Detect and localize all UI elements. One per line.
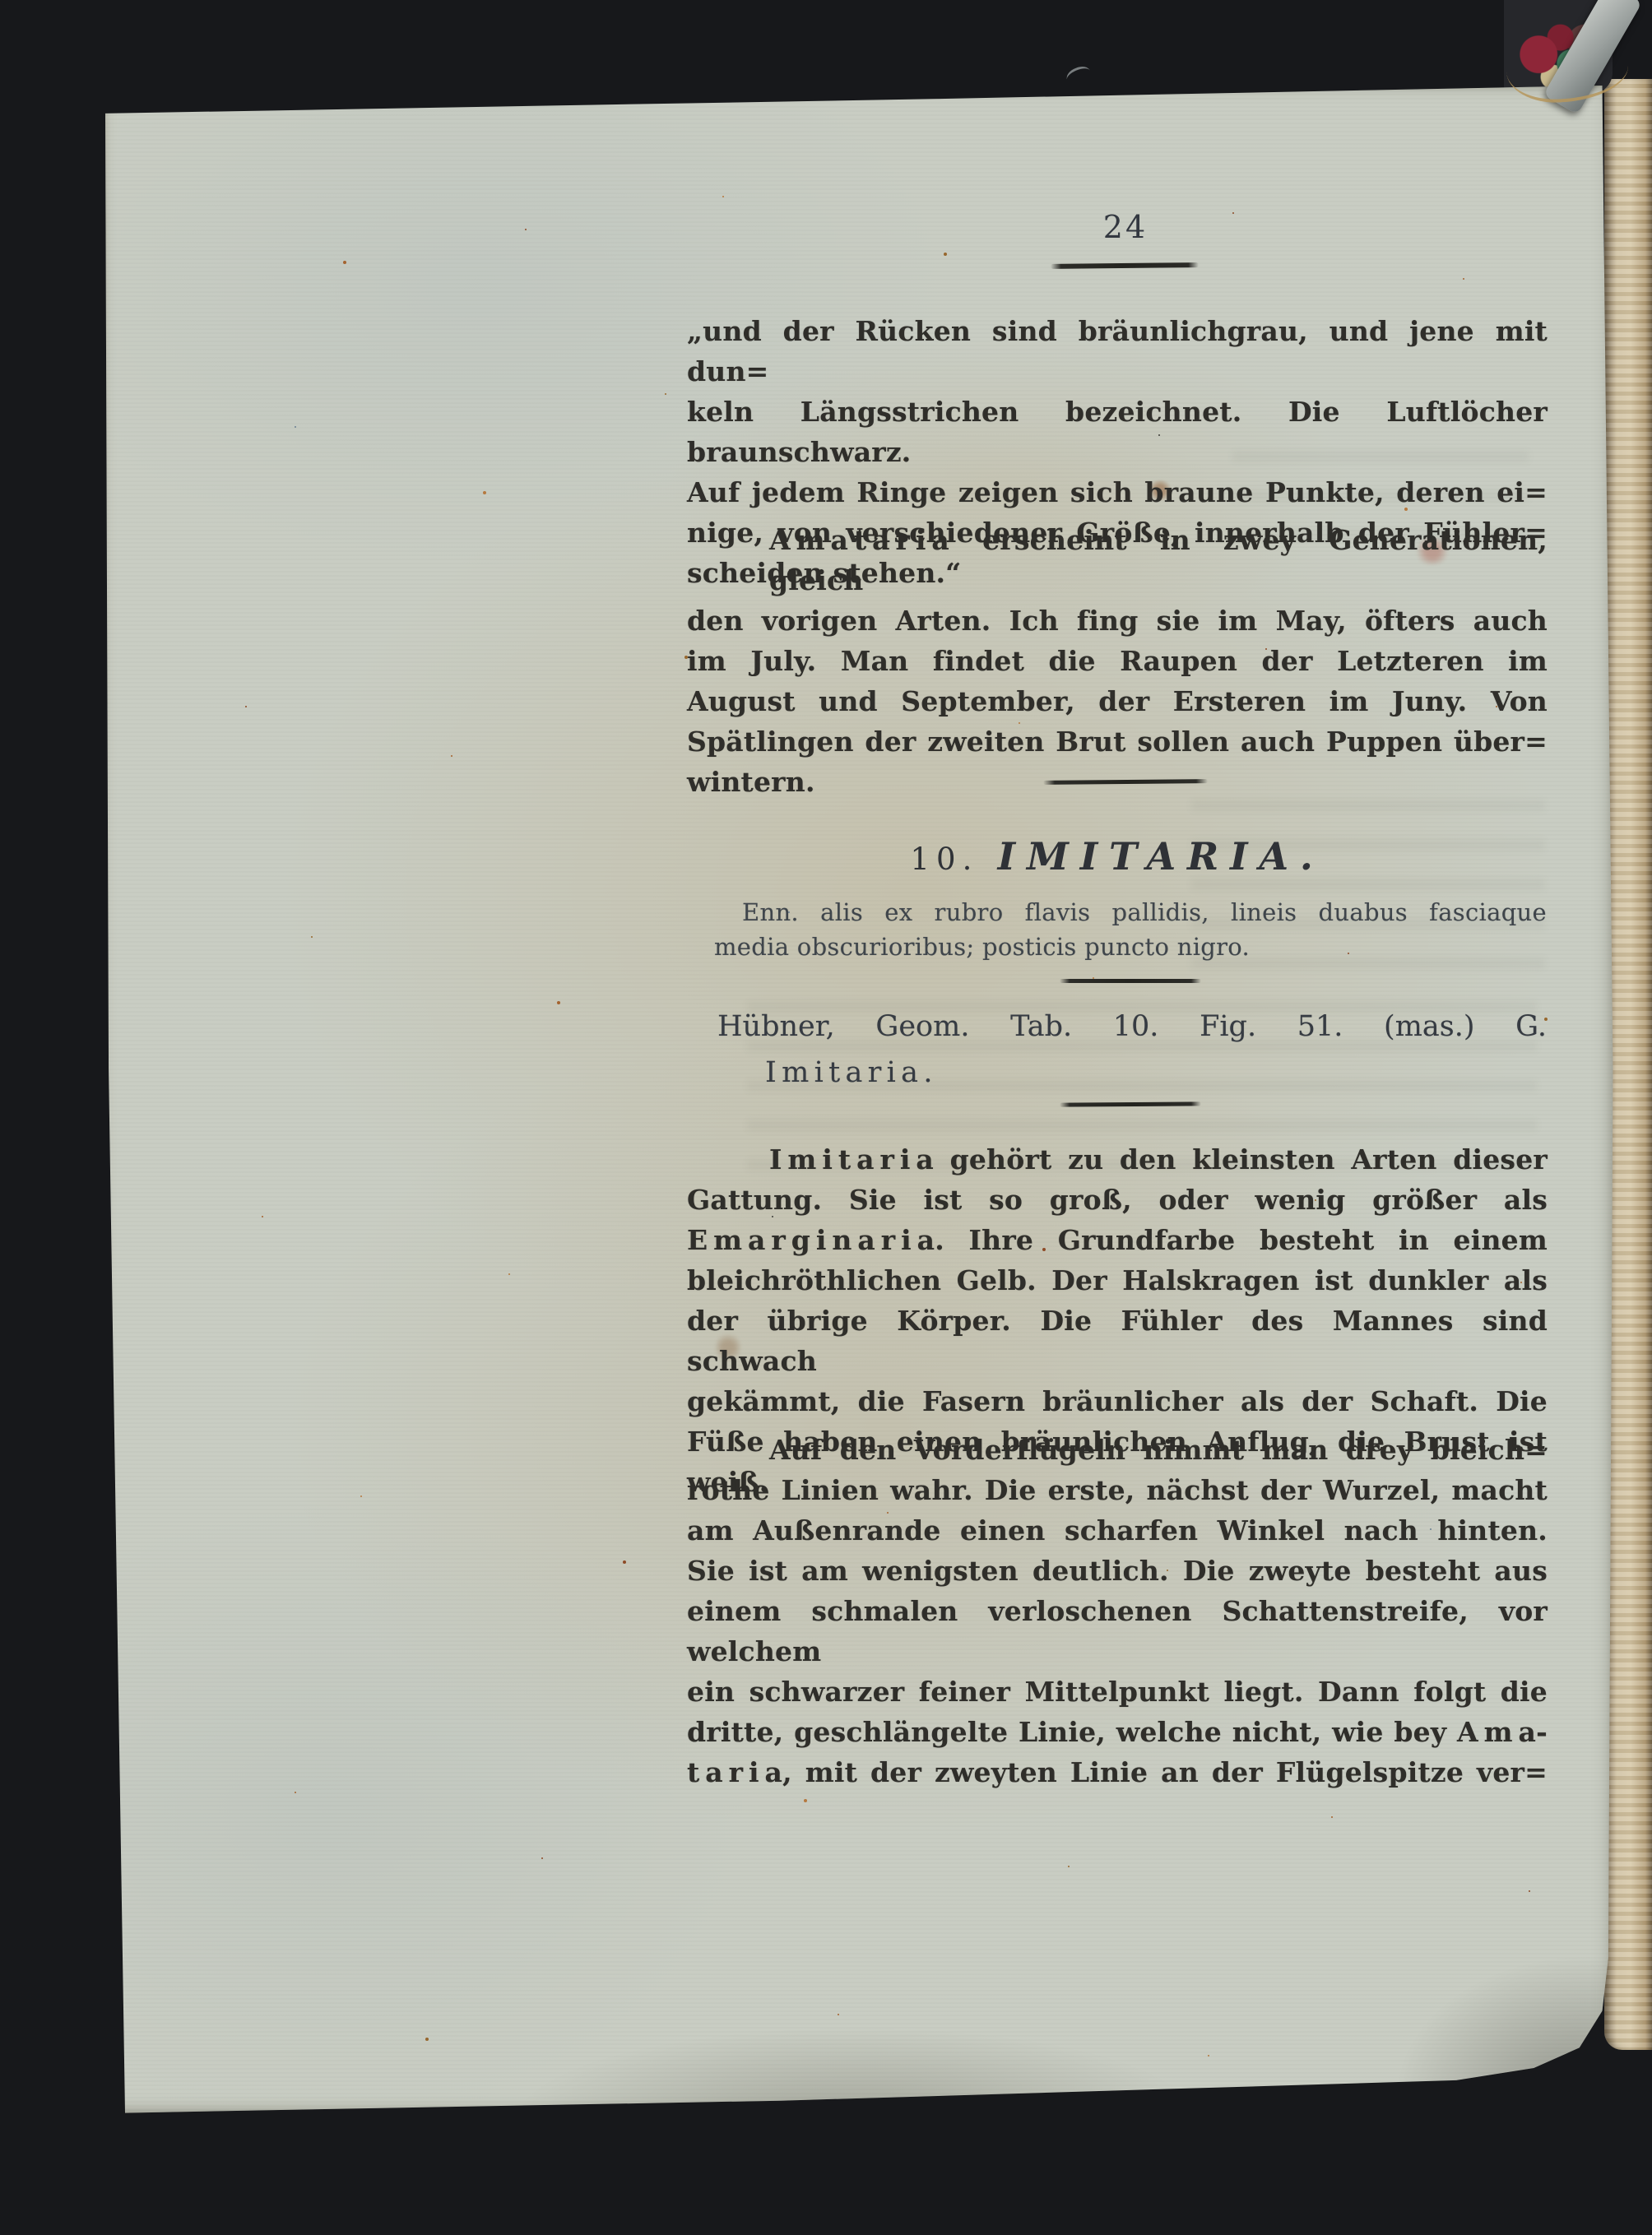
text-line: einem schmalen verloschenen Schattenstre…	[687, 1591, 1548, 1672]
text-line: rothe Linien wahr. Die erste, nächst der…	[687, 1470, 1548, 1510]
text-line: Auf den Vorderflügeln nimmt man drey ble…	[687, 1430, 1548, 1470]
text-line: am Außenrande einen scharfen Winkel nach…	[687, 1510, 1548, 1551]
heading-title: IMITARIA.	[998, 834, 1325, 879]
latin-diagnosis: Enn. alis ex rubro flavis pallidis, line…	[714, 895, 1547, 964]
book-photo-background: 24 „und der Rücken sind bräunlichgrau, u…	[0, 0, 1652, 2235]
text-line: E m a r g i n a r i a. Ihre Grundfarbe b…	[687, 1220, 1548, 1260]
text-line: der übrige Körper. Die Fühler des Mannes…	[687, 1301, 1548, 1381]
text-line: A m a t a r i a erscheint in zwey Genera…	[687, 520, 1548, 600]
text-line: „und der Rücken sind bräunlichgrau, und …	[687, 311, 1548, 392]
text-line: Hübner, Geom. Tab. 10. Fig. 51. (mas.) G…	[717, 1004, 1547, 1050]
text-line: Gattung. Sie ist so groß, oder wenig grö…	[687, 1180, 1548, 1220]
text-line: t a r i a, mit der zweyten Linie an der …	[687, 1752, 1548, 1792]
text-line: keln Längsstrichen bezeichnet. Die Luftl…	[687, 392, 1548, 472]
text-line: ein schwarzer feiner Mittelpunkt liegt. …	[687, 1672, 1548, 1712]
text-line: den vorigen Arten. Ich fing sie im May, …	[687, 600, 1548, 641]
page-number-rule	[1051, 262, 1199, 269]
section-heading: 10. IMITARIA.	[687, 834, 1548, 879]
section-divider	[1060, 1101, 1201, 1106]
book-page: 24 „und der Rücken sind bräunlichgrau, u…	[97, 81, 1617, 2119]
text-line: media obscurioribus; posticis puncto nig…	[714, 930, 1547, 964]
scratch-mark	[1065, 63, 1093, 87]
text-line: im July. Man findet die Raupen der Letzt…	[687, 641, 1548, 681]
text-line: gekämmt, die Fasern bräunlicher als der …	[687, 1381, 1548, 1421]
section-divider	[1060, 979, 1201, 983]
heading-number: 10.	[910, 842, 978, 877]
text-line: Sie ist am wenigsten deutlich. Die zweyt…	[687, 1551, 1548, 1591]
text-line: I m i t a r i a gehört zu den kleinsten …	[687, 1139, 1548, 1180]
paper-speckles	[97, 81, 99, 82]
text-line: August und September, der Ersteren im Ju…	[687, 681, 1548, 721]
reference-citation: Hübner, Geom. Tab. 10. Fig. 51. (mas.) G…	[717, 1004, 1547, 1096]
text-line: bleichröthlichen Gelb. Der Halskragen is…	[687, 1260, 1548, 1301]
paragraph: A m a t a r i a erscheint in zwey Genera…	[687, 520, 1548, 802]
paragraph: Auf den Vorderflügeln nimmt man drey ble…	[687, 1430, 1548, 1792]
text-line: dritte, geschlängelte Linie, welche nich…	[687, 1712, 1548, 1752]
page-number: 24	[1002, 209, 1249, 245]
text-line: Spätlingen der zweiten Brut sollen auch …	[687, 721, 1548, 762]
text-line: Auf jedem Ringe zeigen sich braune Punkt…	[687, 472, 1548, 512]
text-line: Enn. alis ex rubro flavis pallidis, line…	[714, 895, 1547, 930]
text-line: Imitaria.	[717, 1050, 1547, 1096]
